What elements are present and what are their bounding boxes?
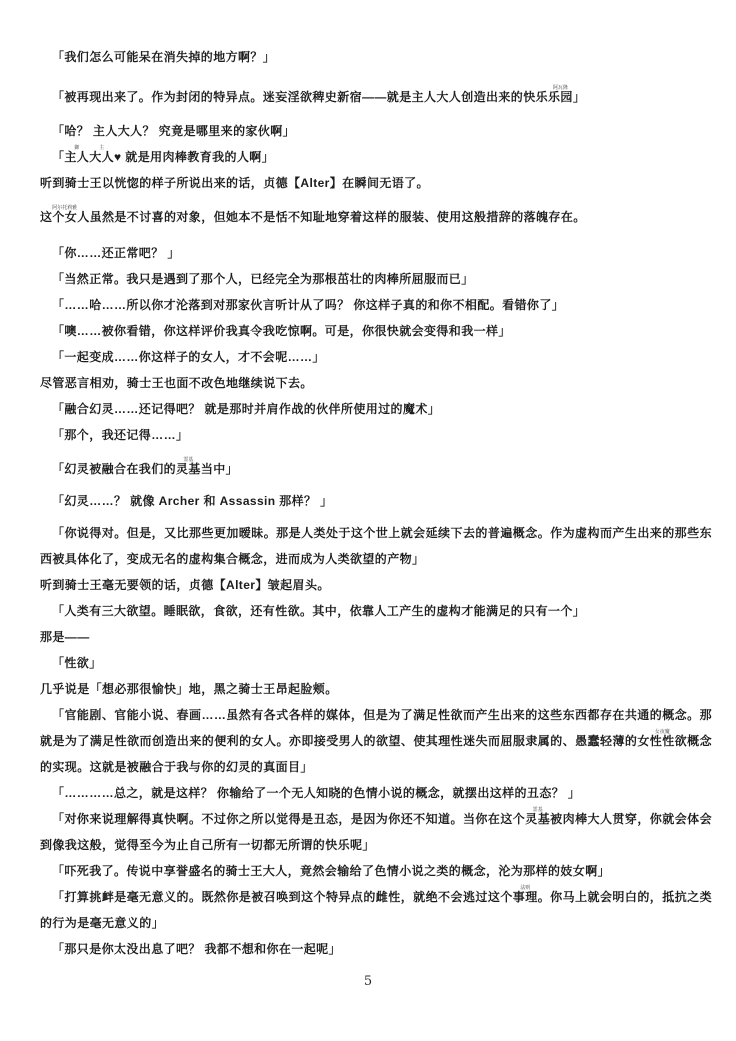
narration-line: 这个女人阿尔托莉雅虽然是不讨喜的对象，但她本不是恬不知耻地穿着这样的服装、使用这…: [40, 204, 712, 230]
novel-text-block: 「我们怎么可能呆在消失掉的地方啊？」「被再现出来了。作为封闭的特异点。迷妄淫欲稗…: [40, 44, 712, 962]
narration-line: 那是——: [40, 624, 712, 650]
ruby-annotated-term: 乐园阿瓦隆: [548, 90, 573, 104]
ruby-annotated-term: 女性性欲女夜魔: [637, 734, 687, 748]
dialogue-line: 「哈？ 主人大人？ 究竟是哪里来的家伙啊」: [40, 118, 712, 144]
dialogue-line: 「一起变成……你这样子的女人，才不会呢……」: [40, 344, 712, 370]
dialogue-line: 「融合幻灵……还记得吧？ 就是那时并肩作战的伙伴所使用过的魔术」: [40, 396, 712, 422]
dialogue-line: 「打算挑衅是毫无意义的。既然你是被召唤到这个特异点的雌性，就绝不会逃过这个事理法…: [40, 884, 712, 936]
narration-line: 几乎说是「想必那很愉快」地，黑之骑士王昂起脸颊。: [40, 676, 712, 702]
dialogue-line: 「我们怎么可能呆在消失掉的地方啊？」: [40, 44, 712, 70]
dialogue-line: 「你说得对。但是，又比那些更加暧昧。那是人类处于这个世上就会延续下去的普遍概念。…: [40, 520, 712, 572]
narration-line: 听到骑士王以恍惚的样子所说出来的话，贞德【Alter】在瞬间无语了。: [40, 170, 712, 196]
dialogue-line: 「当然正常。我只是遇到了那个人，已经完全为那根茁壮的肉棒所屈服而已」: [40, 266, 712, 292]
dialogue-line: 「吓死我了。传说中享誉盛名的骑士王大人，竟然会输给了色情小说之类的概念，沦为那样…: [40, 858, 712, 884]
page-number: 5: [0, 974, 736, 989]
novel-page: 「我们怎么可能呆在消失掉的地方啊？」「被再现出来了。作为封闭的特异点。迷妄淫欲稗…: [0, 0, 736, 1041]
narration-line: 尽管恶言相劝，骑士王也面不改色地继续说下去。: [40, 370, 712, 396]
dialogue-line: 「那只是你太没出息了吧？ 我都不想和你在一起呢」: [40, 936, 712, 962]
dialogue-line: 「幻灵……？ 就像 Archer 和 Assassin 那样？ 」: [40, 488, 712, 514]
ruby-annotated-term: 主人御: [64, 150, 89, 164]
ruby-annotated-term: 灵基霊基: [176, 462, 201, 476]
ruby-annotated-term: 灵基霊基: [525, 812, 550, 826]
dialogue-line: 「…………总之，就是这样？ 你输给了一个无人知晓的色情小说的概念，就摆出这样的丑…: [40, 780, 712, 806]
ruby-annotated-term: 这个女人阿尔托莉雅: [40, 210, 90, 224]
dialogue-line: 「对你来说理解得真快啊。不过你之所以觉得是丑态，是因为你还不知道。当你在这个灵基…: [40, 806, 712, 858]
dialogue-line: 「性欲」: [40, 650, 712, 676]
dialogue-line: 「人类有三大欲望。睡眠欲，食欲，还有性欲。其中，依靠人工产生的虚构才能满足的只有…: [40, 598, 712, 624]
dialogue-line: 「那个，我还记得……」: [40, 422, 712, 448]
dialogue-line: 「主人御大人主♥ 就是用肉棒教育我的人啊」: [40, 144, 712, 170]
dialogue-line: 「……哈……所以你才沦落到对那家伙言听计从了吗？ 你这样子真的和你不相配。看错你…: [40, 292, 712, 318]
dialogue-line: 「你……还正常吧？ 」: [40, 240, 712, 266]
dialogue-line: 「被再现出来了。作为封闭的特异点。迷妄淫欲稗史新宿——就是主人大人创造出来的快乐…: [40, 84, 712, 110]
ruby-annotated-term: 大人主: [89, 150, 114, 164]
dialogue-line: 「官能剧、官能小说、春画……虽然有各式各样的媒体，但是为了满足性欲而产生出来的这…: [40, 702, 712, 780]
narration-line: 听到骑士王毫无要领的话，贞德【Alter】皱起眉头。: [40, 572, 712, 598]
ruby-annotated-term: 事理法则: [513, 890, 538, 904]
dialogue-line: 「噢……被你看错，你这样评价我真令我吃惊啊。可是，你很快就会变得和我一样」: [40, 318, 712, 344]
dialogue-line: 「幻灵被融合在我们的灵基霊基当中」: [40, 456, 712, 482]
